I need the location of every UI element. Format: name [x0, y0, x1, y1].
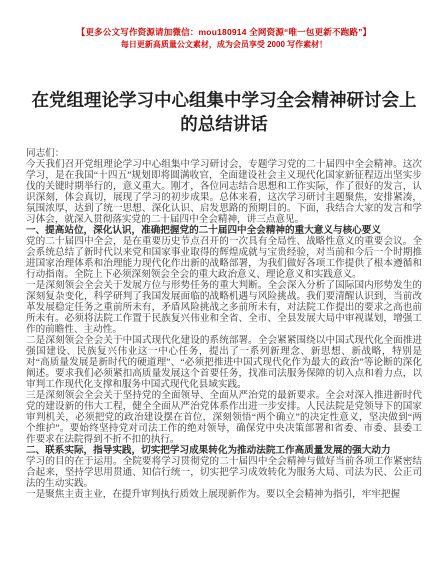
paragraph-section1-point2: 二是深刻领会全会关于中国式现代化建设的系统部署。全会紧紧围绕以中国式现代化全面推…	[26, 335, 422, 390]
paragraph-section2-overview: 学习的目的在于运用。全院要将学习贯彻党的二十届四中全会精神与做好当前各项工作紧密…	[26, 456, 422, 489]
section-heading-1: 一、提高站位，深化认识，准确把握党的二十届四中全会精神的重大意义与核心要义	[26, 225, 422, 236]
paragraph-section2-point1-truncated: 一是聚焦主责主业，在提升审判执行质效上展现新作为。要以全会精神为指引，牢牢把握	[26, 489, 422, 500]
paragraph-salutation: 同志们：	[26, 148, 422, 159]
document-body: 同志们： 今天我们召开党组理论学习中心组集中学习研讨会，专题学习党的二十届四中全…	[26, 148, 422, 500]
paragraph-section1-point3: 三是深刻领会全会关于坚持党的全面领导、全面从严治党的最新要求。全会对深入推进新时…	[26, 390, 422, 445]
promo-header-line1: 【更多公文写作资源请加微信：mou180914 全网资源“唯一包更新不跑路”】	[26, 27, 422, 37]
document-title: 在党组理论学习中心组集中学习全会精神研讨会上的总结讲话	[31, 88, 417, 136]
paragraph-section1-point1: 一是深刻领会全会关于发展方位与形势任务的重大判断。全会深入分析了国际国内形势发生…	[26, 280, 422, 335]
paragraph-intro: 今天我们召开党组理论学习中心组集中学习研讨会，专题学习党的二十届四中全会精神。这…	[26, 159, 422, 225]
document-page: 【更多公文写作资源请加微信：mou180914 全网资源“唯一包更新不跑路”】 …	[0, 0, 448, 580]
section-heading-2: 二、联系实际，指导实践，切实把学习成果转化为推动法院工作高质量发展的强大动力	[26, 445, 422, 456]
paragraph-section1-overview: 党的二十届四中全会，是在重要历史节点召开的一次具有全局性、战略性意义的重要会议。…	[26, 236, 422, 280]
promo-header-line2: 每日更新高质量公文素材，成为会员享受 2000 写作素材！	[26, 40, 422, 50]
promo-header: 【更多公文写作资源请加微信：mou180914 全网资源“唯一包更新不跑路”】 …	[26, 27, 422, 50]
